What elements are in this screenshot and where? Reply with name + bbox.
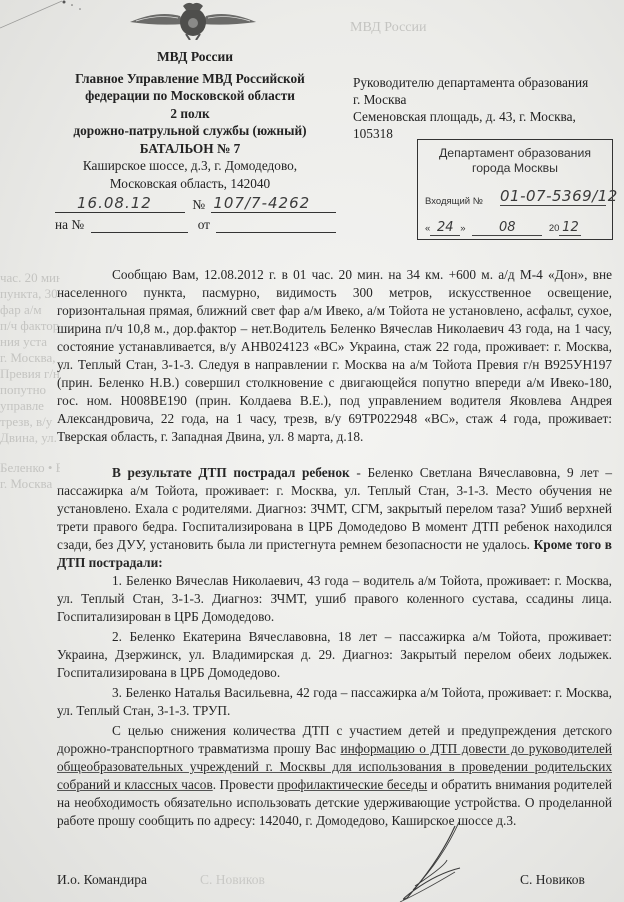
ghost-header-text: МВД России bbox=[350, 20, 427, 36]
stray-pen-line bbox=[0, 0, 90, 30]
incoming-month: 08 bbox=[472, 220, 542, 236]
stamp-title-line-2: города Москвы bbox=[418, 161, 612, 176]
org-line-1: Главное Управление МВД Российской bbox=[45, 70, 335, 88]
outgoing-date-value: 16.08.12 bbox=[77, 194, 152, 212]
incoming-year-prefix: 20 bbox=[549, 223, 560, 234]
ghost-signatory-name: С. Новиков bbox=[200, 872, 265, 888]
reference-date-label: от bbox=[198, 217, 210, 232]
agency-name: МВД России bbox=[55, 48, 335, 66]
reference-registration-row: на № от bbox=[55, 216, 336, 233]
handwritten-signature-icon bbox=[385, 820, 505, 902]
victim-item-1: 1. Беленко Вячеслав Николаевич, 43 года … bbox=[57, 572, 612, 626]
sender-organization-block: МВД России Главное Управление МВД Россий… bbox=[45, 48, 335, 192]
org-line-5: БАТАЛЬОН № 7 bbox=[45, 140, 335, 158]
signatory-name: С. Новиков bbox=[520, 872, 585, 888]
request-text-underlined-2: профилактические беседы bbox=[277, 777, 427, 792]
incoming-number-label: Входящий № bbox=[425, 196, 483, 207]
signatory-position: И.о. Командира bbox=[57, 872, 147, 888]
stamp-title-line-1: Департамент образования bbox=[418, 146, 612, 161]
reference-number-label: на № bbox=[55, 217, 84, 232]
org-line-4: дорожно-патрульной службы (южный) bbox=[45, 122, 335, 140]
org-line-2: федерации по Московской области bbox=[45, 87, 335, 105]
victim-item-3: 3. Беленко Наталья Васильевна, 42 года –… bbox=[57, 684, 612, 720]
incoming-day: 24 bbox=[430, 220, 460, 236]
recipient-block: Руководителю департамента образования г.… bbox=[353, 74, 623, 142]
outgoing-date-field: 16.08.12 bbox=[55, 196, 185, 213]
sender-address-line-2: Московская область, 142040 bbox=[45, 175, 335, 193]
reference-date-field bbox=[216, 216, 336, 233]
scanned-letter-page: МВД России час. 20 мин. на 34 пункта, 30… bbox=[0, 0, 624, 902]
injured-child-lead: В результате ДТП пострадал ребенок bbox=[112, 465, 350, 480]
sender-address-line-1: Каширское шоссе, д.3, г. Домодедово, bbox=[45, 157, 335, 175]
outgoing-number-field: 107/7-4262 bbox=[211, 196, 336, 213]
incoming-registration-stamp: Департамент образования города Москвы Вх… bbox=[417, 139, 613, 240]
reference-number-field bbox=[91, 216, 188, 233]
outgoing-number-value: 107/7-4262 bbox=[213, 194, 310, 212]
incident-description-paragraph: Сообщаю Вам, 12.08.2012 г. в 01 час. 20 … bbox=[57, 266, 612, 446]
injured-child-paragraph: В результате ДТП пострадал ребенок - Бел… bbox=[57, 464, 612, 572]
incoming-number-value: 01-07-5369/12 bbox=[500, 187, 606, 206]
incoming-year-suffix: 12 bbox=[559, 220, 581, 236]
recipient-city: г. Москва bbox=[353, 91, 623, 108]
request-text-mid: . Провести bbox=[213, 777, 277, 792]
incoming-date: «24» 08 2012 bbox=[425, 220, 610, 236]
prevention-request-paragraph: С целью снижения количества ДТП с участи… bbox=[57, 722, 612, 830]
org-line-3: 2 полк bbox=[45, 105, 335, 123]
ghost-left-margin: час. 20 мин. на 34 пункта, 300 фар а/м п… bbox=[0, 270, 60, 492]
recipient-title: Руководителю департамента образования bbox=[353, 74, 623, 91]
victim-item-2: 2. Беленко Екатерина Вячеславовна, 18 ле… bbox=[57, 628, 612, 682]
number-label: № bbox=[192, 197, 205, 212]
outgoing-registration-row: 16.08.12 № 107/7-4262 bbox=[55, 196, 336, 213]
mvd-eagle-emblem-icon bbox=[128, 0, 258, 40]
recipient-address: Семеновская площадь, д. 43, г. Москва, bbox=[353, 108, 623, 125]
